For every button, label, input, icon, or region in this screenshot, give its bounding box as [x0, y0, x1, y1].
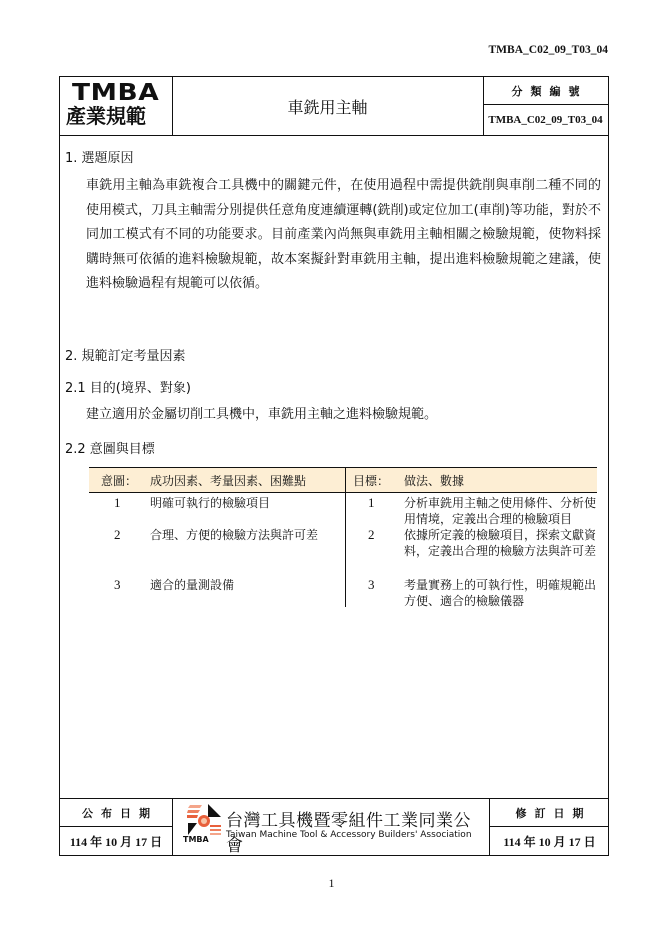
intent-text: 明確可執行的檢驗項目 [150, 495, 340, 511]
intent-number: 3 [114, 577, 121, 593]
intent-text: 合理、方便的檢驗方法與許可差 [150, 527, 340, 543]
logo-main-text: TMBA [72, 82, 159, 104]
intent-number: 2 [114, 527, 121, 543]
intent-label-header: 意圖： [101, 472, 137, 489]
logo-sub-text: 產業規範 [66, 104, 146, 128]
tmba-logo: TMBA 產業規範 [60, 77, 173, 135]
goal-text: 分析車銑用主軸之使用條件、分析使用情境，定義出合理的檢驗項目 [404, 495, 596, 527]
publish-date-label: 公布日期 [60, 799, 172, 827]
goal-text: 考量實務上的可執行性，明確規範出方便、適合的檢驗儀器 [404, 577, 596, 609]
goal-number: 1 [368, 495, 375, 511]
document-frame: TMBA 產業規範 車銑用主軸 分類編號 TMBA_C02_09_T03_04 … [59, 76, 609, 856]
section-2-1-body: 建立適用於金屬切削工具機中，車銑用主軸之進料檢驗規範。 [86, 403, 601, 428]
goal-text: 依據所定義的檢驗項目，探索文獻資料，定義出合理的檢驗方法與許可差 [404, 527, 596, 559]
goal-desc-header: 做法、數據 [404, 472, 464, 489]
publish-date-cell: 公布日期 114 年 10 月 17 日 [60, 799, 173, 856]
table-header-row: 意圖： 成功因素、考量因素、困難點 目標： 做法、數據 [89, 467, 597, 493]
section-1-heading: 1. 選題原因 [65, 147, 134, 166]
goal-label-header: 目標： [353, 472, 389, 489]
revision-date-label: 修訂日期 [490, 799, 609, 827]
association-name-en: Taiwan Machine Tool & Accessory Builders… [226, 830, 472, 840]
intent-number: 1 [114, 495, 121, 511]
intent-desc-header: 成功因素、考量因素、困難點 [150, 472, 306, 489]
page-number: 1 [0, 876, 663, 891]
section-2-1-heading: 2.1 目的(境界、對象) [65, 377, 191, 396]
revision-date-cell: 修訂日期 114 年 10 月 17 日 [489, 799, 609, 856]
association-logo-text: TMBA [183, 835, 209, 844]
classification-code-value: TMBA_C02_09_T03_04 [483, 105, 608, 134]
section-2-2-heading: 2.2 意圖與目標 [65, 438, 155, 457]
classification-code-label: 分類編號 [483, 77, 608, 105]
classification-code-cell: 分類編號 TMBA_C02_09_T03_04 [483, 77, 608, 135]
publish-date-value: 114 年 10 月 17 日 [60, 827, 172, 855]
document-header: TMBA 產業規範 車銑用主軸 分類編號 TMBA_C02_09_T03_04 [60, 77, 608, 136]
section-2-heading: 2. 規範訂定考量因素 [65, 345, 186, 364]
section-1-body: 車銑用主軸為車銑複合工具機中的關鍵元件，在使用過程中需提供銑削與車削二種不同的使… [86, 174, 601, 297]
document-title: 車銑用主軸 [172, 77, 484, 135]
association-branding: TMBA 台灣工具機暨零組件工業同業公會 Taiwan Machine Tool… [180, 799, 480, 856]
revision-date-value: 114 年 10 月 17 日 [490, 827, 609, 855]
goal-number: 2 [368, 527, 375, 543]
goal-number: 3 [368, 577, 375, 593]
intent-text: 適合的量測設備 [150, 577, 340, 593]
document-footer: 公布日期 114 年 10 月 17 日 TMBA 台灣工具機暨零組件工業同業公… [60, 798, 608, 856]
document-code-top: TMBA_C02_09_T03_04 [489, 44, 608, 56]
table-column-divider [345, 467, 346, 607]
